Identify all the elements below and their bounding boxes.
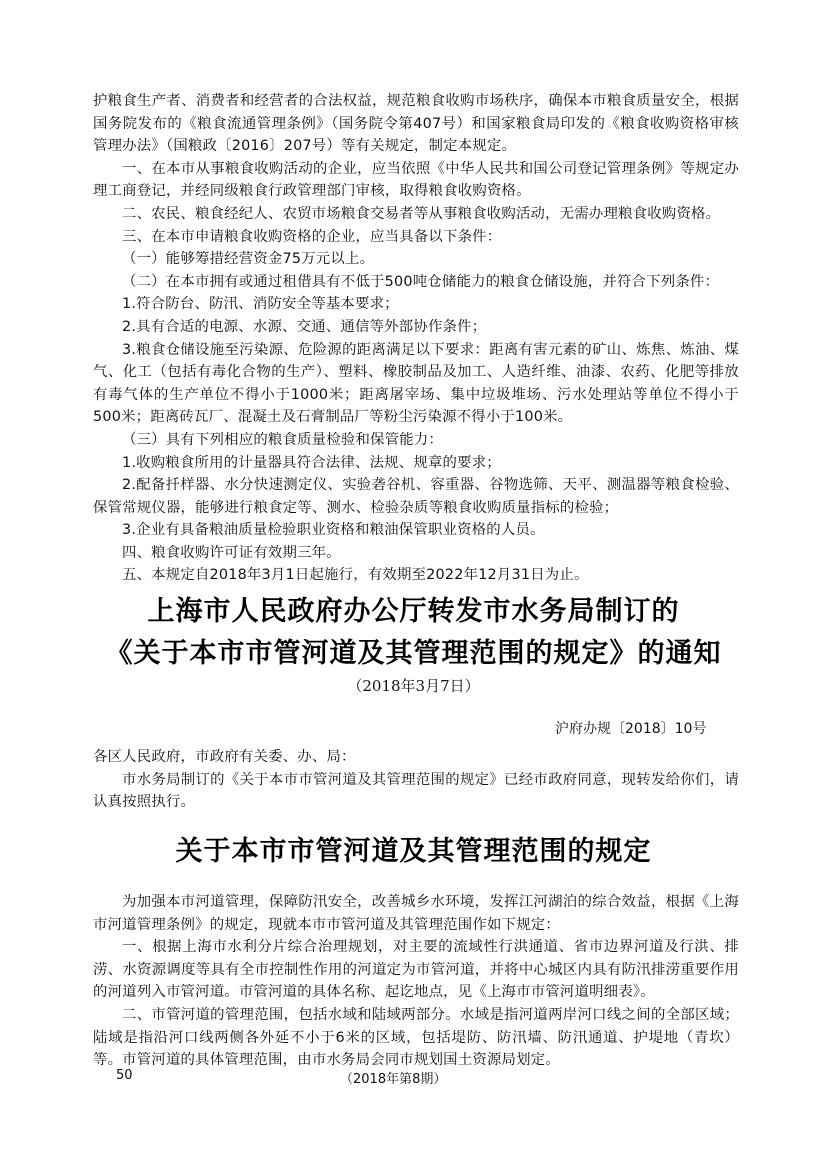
notice-title-line-2: 《关于本市市管河道及其管理范围的规定》的通知 xyxy=(0,634,827,674)
paragraph: 2.配备扦样器、水分快速测定仪、实验砻谷机、容重器、谷物选筛、天平、测温器等粮食… xyxy=(93,474,739,519)
paragraph: （二）在本市拥有或通过租借具有不低于500吨仓储能力的粮食仓储设施，并符合下列条… xyxy=(93,271,739,294)
paragraph: 一、在本市从事粮食收购活动的企业，应当依照《中华人民共和国公司登记管理条例》等规… xyxy=(93,158,739,203)
paragraph: 市水务局制订的《关于本市市管河道及其管理范围的规定》已经市政府同意，现转发给你们… xyxy=(93,769,739,814)
paragraph: 二、市管河道的管理范围，包括水域和陆域两部分。水域是指河道两岸河口线之间的全部区… xyxy=(93,1004,739,1072)
notice-body: 各区人民政府，市政府有关委、办、局： 市水务局制订的《关于本市市管河道及其管理范… xyxy=(93,746,739,814)
paragraph: 3.粮食仓储设施至污染源、危险源的距离满足以下要求：距离有害元素的矿山、炼焦、炼… xyxy=(93,339,739,429)
issue-label: （2018年第8期） xyxy=(340,1068,446,1087)
paragraph: 护粮食生产者、消费者和经营者的合法权益，规范粮食收购市场秩序，确保本市粮食质量安… xyxy=(93,90,739,158)
page-number: 50 xyxy=(116,1068,133,1083)
addressee: 各区人民政府，市政府有关委、办、局： xyxy=(93,746,739,769)
paragraph: 二、农民、粮食经纪人、农贸市场粮食交易者等从事粮食收购活动，无需办理粮食收购资格… xyxy=(93,203,739,226)
paragraph: （三）具有下列相应的粮食质量检验和保管能力： xyxy=(93,429,739,452)
paragraph: 2.具有合适的电源、水源、交通、通信等外部协作条件； xyxy=(93,316,739,339)
paragraph: 为加强本市河道管理，保障防汛安全，改善城乡水环境，发挥江河湖泊的综合效益，根据《… xyxy=(93,891,739,936)
paragraph: 1.符合防台、防汛、消防安全等基本要求； xyxy=(93,293,739,316)
paragraph: 3.企业有具备粮油质量检验职业资格和粮油保管职业资格的人员。 xyxy=(93,519,739,542)
paragraph: 一、根据上海市水利分片综合治理规划，对主要的流域性行洪通道、省市边界河道及行洪、… xyxy=(93,936,739,1004)
document-number: 沪府办规〔2018〕10号 xyxy=(555,718,706,738)
paragraph: 三、在本市申请粮食收购资格的企业，应当具备以下条件： xyxy=(93,226,739,249)
paragraph: 四、粮食收购许可证有效期三年。 xyxy=(93,542,739,565)
paragraph: 五、本规定自2018年3月1日起施行，有效期至2022年12月31日为止。 xyxy=(93,564,739,587)
notice-title-line-1: 上海市人民政府办公厅转发市水务局制订的 xyxy=(0,592,827,632)
paragraph: 1.收购粮食所用的计量器具符合法律、法规、规章的要求； xyxy=(93,452,739,475)
paragraph: （一）能够筹措经营资金75万元以上。 xyxy=(93,248,739,271)
notice-date: （2018年3月7日） xyxy=(0,675,827,696)
section-grain-regulation: 护粮食生产者、消费者和经营者的合法权益，规范粮食收购市场秩序，确保本市粮食质量安… xyxy=(93,90,739,587)
regulation-title: 关于本市市管河道及其管理范围的规定 xyxy=(0,832,827,872)
regulation-body: 为加强本市河道管理，保障防汛安全，改善城乡水环境，发挥江河湖泊的综合效益，根据《… xyxy=(93,891,739,1072)
